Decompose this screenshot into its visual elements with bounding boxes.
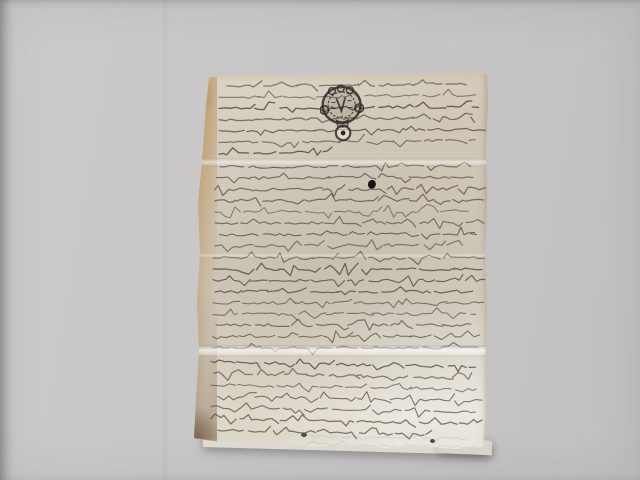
edge-speck	[430, 439, 435, 443]
photo-backdrop	[0, 0, 640, 480]
manuscript-page	[190, 70, 490, 452]
ink-stamp	[320, 84, 364, 144]
edge-speck	[301, 433, 307, 437]
